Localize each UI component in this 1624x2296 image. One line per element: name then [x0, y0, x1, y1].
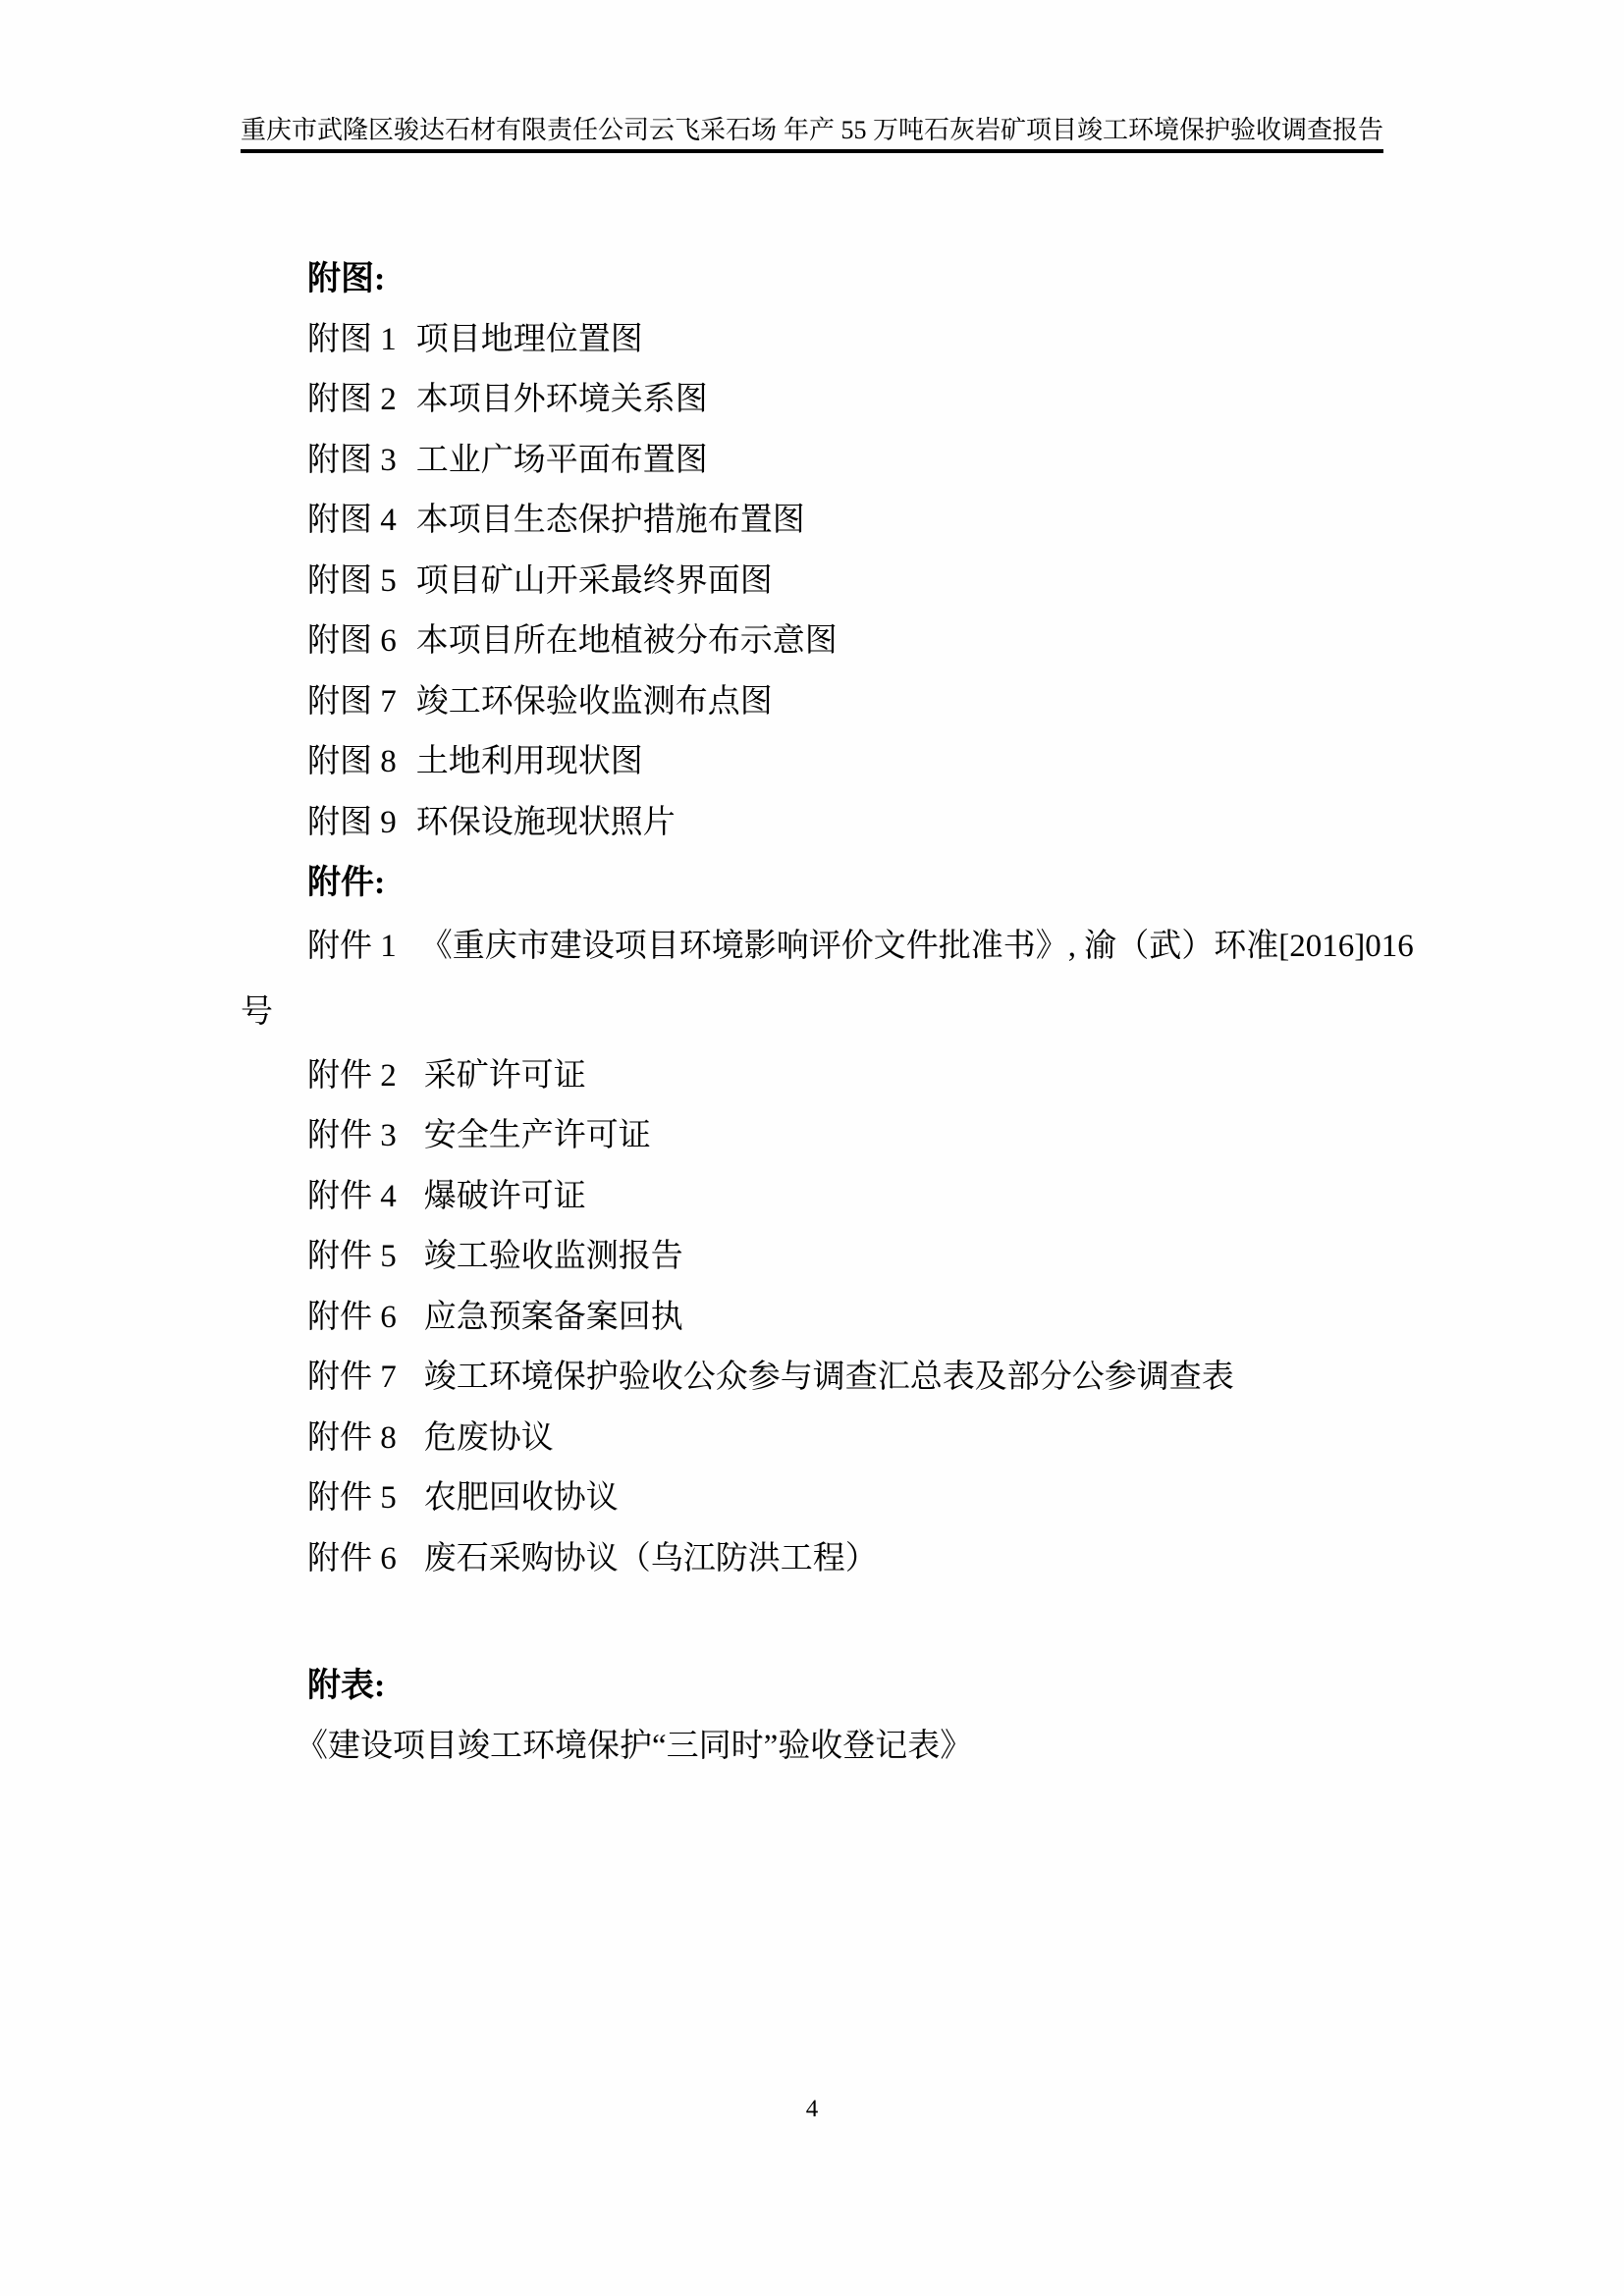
- figures-section-heading: 附图:: [241, 249, 1383, 310]
- attachment-item-label: 附件 5: [307, 1239, 397, 1274]
- page-number: 4: [0, 2095, 1624, 2124]
- attachment-item-title: 应急预案备案回执: [424, 1300, 683, 1335]
- figure-item-label: 附图 3: [307, 443, 397, 478]
- attachment-list-item: 附件 5竣工验收监测报告: [241, 1227, 1383, 1288]
- figure-item-title: 项目矿山开采最终界面图: [416, 563, 773, 599]
- attachment-list-item: 附件 7竣工环境保护验收公众参与调查汇总表及部分公参调查表: [241, 1348, 1383, 1409]
- attachment-item-label: 附件 5: [307, 1480, 397, 1516]
- attachment-item-label: 附件 8: [307, 1420, 397, 1456]
- attachment-item-label: 附件 6: [307, 1541, 397, 1576]
- figure-item-label: 附图 4: [307, 503, 397, 538]
- attachment-item-title: 废石采购协议（乌江防洪工程）: [424, 1541, 878, 1576]
- figure-item-label: 附图 8: [307, 744, 397, 779]
- figure-list-item: 附图 4本项目生态保护措施布置图: [241, 491, 1383, 552]
- figure-item-label: 附图 9: [307, 805, 397, 840]
- figure-list-item: 附图 1项目地理位置图: [241, 310, 1383, 371]
- attachment-item-label: 附件 2: [307, 1058, 397, 1094]
- header-company-title: 重庆市武隆区骏达石材有限责任公司云飞采石场: [241, 116, 777, 145]
- attachment-item-title: 危废协议: [424, 1420, 554, 1456]
- attachment-item-label: 附件 3: [307, 1118, 397, 1153]
- figure-item-label: 附图 1: [307, 322, 397, 357]
- attachment-item-title: 农肥回收协议: [424, 1480, 619, 1516]
- figure-item-title: 本项目所在地植被分布示意图: [416, 623, 838, 659]
- figure-item-title: 工业广场平面布置图: [416, 443, 708, 478]
- figure-list-item: 附图 6本项目所在地植被分布示意图: [241, 612, 1383, 672]
- attachment-list-item: 附件 4爆破许可证: [241, 1167, 1383, 1228]
- attachment-item-title: 竣工环境保护验收公众参与调查汇总表及部分公参调查表: [424, 1360, 1234, 1395]
- figure-item-label: 附图 2: [307, 382, 397, 417]
- attachment-list-item: 附件 8危废协议: [241, 1409, 1383, 1469]
- attachments-section-heading: 附件:: [241, 853, 1383, 914]
- attachment-item-label: 附件 4: [307, 1179, 397, 1214]
- attachment-list-item: 附件 3安全生产许可证: [241, 1106, 1383, 1167]
- header-report-title: 年产 55 万吨石灰岩矿项目竣工环境保护验收调查报告: [784, 116, 1383, 145]
- attachment-item-label: 附件 7: [307, 1360, 397, 1395]
- attachment-list-item: 附件 6废石采购协议（乌江防洪工程）: [241, 1529, 1383, 1590]
- attachment-list-item: 附件 2采矿许可证: [241, 1046, 1383, 1107]
- table-list-item: 《建设项目竣工环境保护“三同时”验收登记表》: [241, 1717, 1383, 1778]
- figure-item-label: 附图 6: [307, 623, 397, 659]
- figure-item-title: 土地利用现状图: [416, 744, 643, 779]
- attachment-item-title: 竣工验收监测报告: [424, 1239, 683, 1274]
- attachment-list-item-wrapping: 附件 1《重庆市建设项目环境影响评价文件批准书》, 渝（武）环准[2016]01…: [241, 914, 1383, 1046]
- figure-list-item: 附图 2本项目外环境关系图: [241, 370, 1383, 431]
- attachment-list-item: 附件 5农肥回收协议: [241, 1468, 1383, 1529]
- figure-item-title: 项目地理位置图: [416, 322, 643, 357]
- figure-item-title: 竣工环保验收监测布点图: [416, 684, 773, 720]
- attachment-item-label: 附件 1: [307, 929, 397, 964]
- figure-item-label: 附图 5: [307, 563, 397, 599]
- attachment-item-title: 《重庆市建设项目环境影响评价文件批准书》, 渝（武）环准[2016]016: [420, 929, 1414, 964]
- figure-list-item: 附图 3工业广场平面布置图: [241, 431, 1383, 492]
- figure-list-item: 附图 9环保设施现状照片: [241, 793, 1383, 854]
- page-header: 重庆市武隆区骏达石材有限责任公司云飞采石场 年产 55 万吨石灰岩矿项目竣工环境…: [241, 116, 1383, 153]
- figure-item-title: 环保设施现状照片: [416, 805, 676, 840]
- attachment-item-title: 采矿许可证: [424, 1058, 586, 1094]
- attachment-list-item: 附件 6应急预案备案回执: [241, 1288, 1383, 1349]
- document-page: 重庆市武隆区骏达石材有限责任公司云飞采石场 年产 55 万吨石灰岩矿项目竣工环境…: [0, 0, 1624, 2296]
- attachment-item-continuation-line: 号: [241, 980, 1383, 1046]
- page-content: 附图: 附图 1项目地理位置图 附图 2本项目外环境关系图 附图 3工业广场平面…: [241, 249, 1383, 1777]
- attachment-item-title: 安全生产许可证: [424, 1118, 651, 1153]
- attachment-item-title: 爆破许可证: [424, 1179, 586, 1214]
- attachment-item-first-line: 附件 1《重庆市建设项目环境影响评价文件批准书》, 渝（武）环准[2016]01…: [241, 914, 1383, 981]
- figure-list-item: 附图 7竣工环保验收监测布点图: [241, 672, 1383, 733]
- attachment-item-title-continued: 号: [241, 994, 273, 1030]
- attachment-item-label: 附件 6: [307, 1300, 397, 1335]
- figure-item-label: 附图 7: [307, 684, 397, 720]
- tables-section-heading: 附表:: [241, 1656, 1383, 1717]
- figure-list-item: 附图 5项目矿山开采最终界面图: [241, 552, 1383, 613]
- figure-list-item: 附图 8土地利用现状图: [241, 732, 1383, 793]
- figure-item-title: 本项目外环境关系图: [416, 382, 708, 417]
- figure-item-title: 本项目生态保护措施布置图: [416, 503, 805, 538]
